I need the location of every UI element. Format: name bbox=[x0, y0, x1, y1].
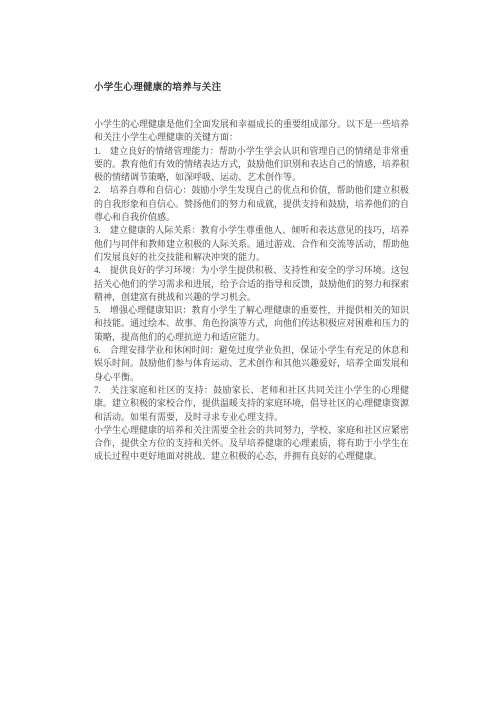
intro-paragraph: 小学生的心理健康是他们全面发展和幸福成长的重要组成部分。以下是一些培养和关注小学… bbox=[94, 118, 409, 145]
document-title: 小学生心理健康的培养与关注 bbox=[94, 82, 221, 95]
list-item-5: 5. 增强心理健康知识：教育小学生了解心理健康的重要性，并提供相关的知识和技能。… bbox=[94, 304, 409, 344]
list-item-6: 6. 合理安排学业和休闲时间：避免过度学业负担，保证小学生有充足的休息和娱乐时间… bbox=[94, 344, 409, 384]
list-item-3: 3. 建立健康的人际关系：教育小学生尊重他人、倾听和表达意见的技巧，培养他们与同… bbox=[94, 224, 409, 264]
closing-paragraph: 小学生心理健康的培养和关注需要全社会的共同努力，学校、家庭和社区应紧密合作，提供… bbox=[94, 424, 409, 464]
list-item-2: 2. 培养自尊和自信心：鼓励小学生发现自己的优点和价值，帮助他们建立积极的自我形… bbox=[94, 184, 409, 224]
list-item-4: 4. 提供良好的学习环境：为小学生提供积极、支持性和安全的学习环境。这包括关心他… bbox=[94, 264, 409, 304]
document-page: 小学生心理健康的培养与关注 小学生的心理健康是他们全面发展和幸福成长的重要组成部… bbox=[0, 0, 496, 702]
list-item-7: 7. 关注家庭和社区的支持：鼓励家长、老师和社区共同关注小学生的心理健康。建立积… bbox=[94, 384, 409, 424]
list-item-1: 1. 建立良好的情绪管理能力：帮助小学生学会认识和管理自己的情绪是非常重要的。教… bbox=[94, 145, 409, 185]
document-body: 小学生的心理健康是他们全面发展和幸福成长的重要组成部分。以下是一些培养和关注小学… bbox=[94, 118, 409, 464]
